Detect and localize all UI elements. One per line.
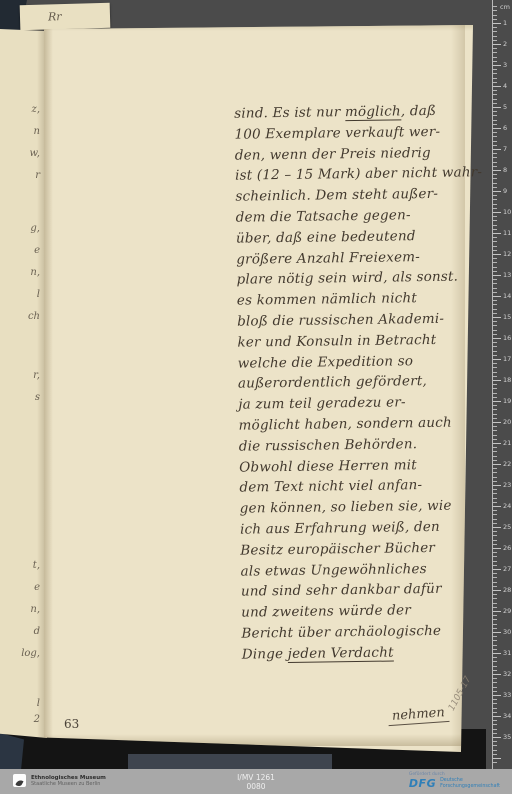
ruler-tick bbox=[493, 27, 497, 28]
ruler-tick bbox=[493, 447, 497, 448]
ruler-tick bbox=[493, 330, 497, 331]
ruler-tick bbox=[493, 325, 497, 326]
left-page-line-fragment: r bbox=[0, 170, 43, 181]
ruler-tick bbox=[493, 241, 497, 242]
ruler-tick bbox=[493, 603, 497, 604]
ruler-tick bbox=[493, 430, 497, 431]
ruler-tick bbox=[493, 527, 501, 528]
ruler-tick bbox=[493, 69, 497, 70]
ruler-tick bbox=[493, 674, 501, 675]
ruler-tick bbox=[493, 346, 497, 347]
scan-footer-bar: Ethnologisches Museum Staatliche Museen … bbox=[0, 769, 512, 794]
ruler-tick bbox=[493, 208, 497, 209]
left-page-line-fragment: r, bbox=[0, 370, 43, 381]
ruler-tick bbox=[493, 220, 497, 221]
ruler-tick bbox=[493, 401, 501, 402]
ruler-tick bbox=[493, 380, 501, 381]
cm-ruler: cm 1234567891011121314151617181920212223… bbox=[492, 0, 512, 769]
ruler-tick bbox=[493, 523, 497, 524]
ruler-tick bbox=[493, 552, 497, 553]
ruler-tick bbox=[493, 388, 497, 389]
ruler-tick bbox=[493, 384, 497, 385]
ruler-unit-label: cm bbox=[500, 3, 510, 11]
ruler-tick bbox=[493, 136, 497, 137]
ruler-tick bbox=[493, 586, 497, 587]
ruler-number: 20 bbox=[503, 419, 511, 426]
ruler-tick bbox=[493, 754, 497, 755]
ruler-tick bbox=[493, 397, 497, 398]
handwriting-text-block: sind. Es ist nur möglich, daß100 Exempla… bbox=[234, 100, 480, 665]
ruler-number: 35 bbox=[503, 734, 511, 741]
ruler-tick bbox=[493, 199, 497, 200]
ruler-tick bbox=[493, 321, 497, 322]
ruler-tick bbox=[493, 405, 497, 406]
ruler-tick bbox=[493, 65, 501, 66]
ruler-tick bbox=[493, 640, 497, 641]
ruler-number: 33 bbox=[503, 692, 511, 699]
ruler-tick bbox=[493, 376, 497, 377]
ruler-tick bbox=[493, 632, 501, 633]
ruler-tick bbox=[493, 128, 501, 129]
ruler-number: 14 bbox=[503, 293, 511, 300]
ruler-tick bbox=[493, 48, 497, 49]
ruler-number: 2 bbox=[503, 41, 507, 48]
ruler-tick bbox=[493, 317, 501, 318]
page-number: 63 bbox=[64, 717, 79, 731]
ruler-tick bbox=[493, 653, 501, 654]
page-behind-edge: Rr bbox=[20, 3, 111, 31]
ruler-tick bbox=[493, 624, 497, 625]
ruler-tick bbox=[493, 367, 497, 368]
ruler-tick bbox=[493, 216, 497, 217]
ruler-tick bbox=[493, 170, 501, 171]
ruler-tick bbox=[493, 661, 497, 662]
left-page-line-fragment: e bbox=[0, 582, 43, 593]
ruler-tick bbox=[493, 355, 497, 356]
ruler-tick bbox=[493, 426, 497, 427]
left-page-line-fragment: n, bbox=[0, 604, 43, 615]
ruler-tick bbox=[493, 485, 501, 486]
ruler-tick bbox=[493, 82, 497, 83]
ruler-tick bbox=[493, 582, 497, 583]
page-fold-shadow bbox=[44, 24, 53, 752]
ruler-tick bbox=[493, 422, 501, 423]
handwriting-line: möglicht haben, sondern auch bbox=[238, 412, 476, 436]
ruler-tick bbox=[493, 351, 497, 352]
left-page-line-fragment: g, bbox=[0, 223, 43, 234]
left-page-line-fragment: z, bbox=[0, 104, 43, 115]
ruler-tick bbox=[493, 23, 501, 24]
ruler-tick bbox=[493, 724, 497, 725]
ruler-tick bbox=[493, 556, 497, 557]
handwriting-line: bloß die russischen Akademi- bbox=[237, 308, 475, 332]
ruler-tick bbox=[493, 758, 501, 759]
left-page-line-fragment: e bbox=[0, 245, 43, 256]
ruler-tick bbox=[493, 162, 497, 163]
scanned-document-viewer: Rr z,nw,rg,en,lchr,st,en,dlog,l2 sind. E… bbox=[0, 0, 512, 794]
ruler-tick bbox=[493, 296, 501, 297]
ruler-tick bbox=[493, 19, 497, 20]
ruler-number: 30 bbox=[503, 629, 511, 636]
ruler-number: 31 bbox=[503, 650, 511, 657]
ruler-tick bbox=[493, 716, 501, 717]
ruler-tick bbox=[493, 687, 497, 688]
ruler-tick bbox=[493, 577, 497, 578]
ruler-tick bbox=[493, 565, 497, 566]
ruler-tick bbox=[493, 300, 497, 301]
ruler-tick bbox=[493, 468, 497, 469]
ruler-tick bbox=[493, 90, 497, 91]
ruler-tick bbox=[493, 733, 497, 734]
ruler-number: 7 bbox=[503, 146, 507, 153]
ruler-tick bbox=[493, 359, 501, 360]
ruler-tick bbox=[493, 645, 497, 646]
ruler-tick bbox=[493, 229, 497, 230]
ruler-number: 34 bbox=[503, 713, 511, 720]
ruler-tick bbox=[493, 741, 497, 742]
ruler-tick bbox=[493, 498, 497, 499]
ruler-tick bbox=[493, 699, 497, 700]
ruler-tick bbox=[493, 506, 501, 507]
ruler-tick bbox=[493, 250, 497, 251]
ruler-tick bbox=[493, 288, 497, 289]
ruler-number: 17 bbox=[503, 356, 511, 363]
ruler-number: 23 bbox=[503, 482, 511, 489]
handwriting-line: plare nötig sein wird, als sonst. bbox=[236, 267, 474, 291]
ruler-tick bbox=[493, 636, 497, 637]
ruler-tick bbox=[493, 86, 501, 87]
handwriting-line: Dinge jeden Verdacht bbox=[242, 641, 480, 665]
ruler-tick bbox=[493, 502, 497, 503]
ruler-tick bbox=[493, 57, 497, 58]
left-page-line-fragment: w, bbox=[0, 148, 43, 159]
ruler-number: 18 bbox=[503, 377, 511, 384]
ruler-tick bbox=[493, 649, 497, 650]
ruler-tick bbox=[493, 15, 497, 16]
ruler-tick bbox=[493, 451, 497, 452]
ruler-tick bbox=[493, 477, 497, 478]
dfg-org-line2: Forschungsgemeinschaft bbox=[440, 784, 500, 790]
left-page-line-fragment: s bbox=[0, 392, 43, 403]
ruler-tick bbox=[493, 107, 501, 108]
ruler-tick bbox=[493, 678, 497, 679]
ruler-tick bbox=[493, 372, 497, 373]
left-page-line-fragment: n bbox=[0, 126, 43, 137]
ruler-tick bbox=[493, 258, 497, 259]
left-page-line-fragment: log, bbox=[0, 648, 43, 659]
handwriting-line: gen können, so lieben sie, wie bbox=[240, 495, 478, 519]
ruler-tick bbox=[493, 309, 497, 310]
ruler-tick bbox=[493, 279, 497, 280]
ruler-tick bbox=[493, 510, 497, 511]
ruler-number: 16 bbox=[503, 335, 511, 342]
ruler-number: 21 bbox=[503, 440, 511, 447]
ruler-tick bbox=[493, 275, 501, 276]
ruler-tick bbox=[493, 762, 497, 763]
ruler-tick bbox=[493, 569, 501, 570]
ruler-number: 27 bbox=[503, 566, 511, 573]
ruler-tick bbox=[493, 443, 501, 444]
ruler-tick bbox=[493, 481, 497, 482]
ruler-tick bbox=[493, 435, 497, 436]
ruler-tick bbox=[493, 99, 497, 100]
ruler-tick bbox=[493, 120, 497, 121]
ruler-tick bbox=[493, 611, 501, 612]
left-page-line-fragment: 2 bbox=[0, 714, 43, 725]
ruler-tick bbox=[493, 178, 497, 179]
ruler-tick bbox=[493, 191, 501, 192]
ruler-tick bbox=[493, 212, 501, 213]
ruler-tick bbox=[493, 61, 497, 62]
ruler-tick bbox=[493, 183, 497, 184]
left-page-line-fragment: t, bbox=[0, 560, 43, 571]
ruler-tick bbox=[493, 519, 497, 520]
ruler-tick bbox=[493, 78, 497, 79]
handwriting-line: 100 Exemplare verkauft wer- bbox=[234, 121, 472, 145]
ruler-tick bbox=[493, 607, 497, 608]
ruler-tick bbox=[493, 338, 501, 339]
ruler-tick bbox=[493, 573, 497, 574]
ruler-tick bbox=[493, 695, 501, 696]
ruler-tick bbox=[493, 262, 497, 263]
ruler-tick bbox=[493, 514, 497, 515]
ruler-tick bbox=[493, 439, 497, 440]
ruler-tick bbox=[493, 548, 501, 549]
left-page-line-fragment: l bbox=[0, 289, 43, 300]
left-page-line-fragment: l bbox=[0, 698, 43, 709]
ruler-tick bbox=[493, 254, 501, 255]
left-page-line-fragment: d bbox=[0, 626, 43, 637]
ruler-tick bbox=[493, 313, 497, 314]
ruler-tick bbox=[493, 271, 497, 272]
ruler-tick bbox=[493, 187, 497, 188]
ruler-tick bbox=[493, 40, 497, 41]
ruler-tick bbox=[493, 334, 497, 335]
ruler-tick bbox=[493, 720, 497, 721]
ruler-tick bbox=[493, 670, 497, 671]
ruler-tick bbox=[493, 750, 497, 751]
ruler-tick bbox=[493, 493, 497, 494]
ruler-tick bbox=[493, 145, 497, 146]
ruler-tick bbox=[493, 590, 501, 591]
ruler-tick bbox=[493, 615, 497, 616]
ruler-tick bbox=[493, 460, 497, 461]
ruler-tick bbox=[493, 246, 497, 247]
ruler-tick bbox=[493, 52, 497, 53]
ruler-tick bbox=[493, 195, 497, 196]
ruler-tick bbox=[493, 414, 497, 415]
ruler-number: 15 bbox=[503, 314, 511, 321]
ruler-tick bbox=[493, 149, 501, 150]
ruler-number: 11 bbox=[503, 230, 511, 237]
ruler-tick bbox=[493, 682, 497, 683]
ruler-tick bbox=[493, 708, 497, 709]
ruler-number: 26 bbox=[503, 545, 511, 552]
ruler-tick bbox=[493, 153, 497, 154]
ruler-number: 5 bbox=[503, 104, 507, 111]
ruler-tick bbox=[493, 342, 497, 343]
ruler-tick bbox=[493, 124, 497, 125]
ruler-tick bbox=[493, 619, 497, 620]
behind-page-writing-fragment: Rr bbox=[48, 10, 62, 23]
ruler-tick bbox=[493, 712, 497, 713]
ruler-number: 19 bbox=[503, 398, 511, 405]
ruler-number: 13 bbox=[503, 272, 511, 279]
ruler-number: 24 bbox=[503, 503, 511, 510]
ruler-number: 4 bbox=[503, 83, 507, 90]
ruler-tick bbox=[493, 745, 497, 746]
ruler-tick bbox=[493, 233, 501, 234]
ruler-number: 29 bbox=[503, 608, 511, 615]
ruler-tick bbox=[493, 31, 497, 32]
ruler-tick bbox=[493, 166, 497, 167]
dfg-logo: DFG bbox=[409, 778, 436, 789]
ruler-tick bbox=[493, 594, 497, 595]
ruler-number: 1 bbox=[503, 20, 507, 27]
ruler-tick bbox=[493, 544, 497, 545]
ruler-tick bbox=[493, 73, 497, 74]
ruler-tick bbox=[493, 691, 497, 692]
ruler-number: 12 bbox=[503, 251, 511, 258]
ruler-number: 8 bbox=[503, 167, 507, 174]
ruler-number: 10 bbox=[503, 209, 511, 216]
ruler-number: 32 bbox=[503, 671, 511, 678]
ruler-tick bbox=[493, 703, 497, 704]
ruler-number: 22 bbox=[503, 461, 511, 468]
ruler-tick bbox=[493, 6, 497, 7]
ruler-tick bbox=[493, 237, 497, 238]
ruler-tick bbox=[493, 418, 497, 419]
ruler-tick bbox=[493, 10, 497, 11]
ruler-tick bbox=[493, 628, 497, 629]
ruler-tick bbox=[493, 666, 497, 667]
ruler-tick bbox=[493, 456, 497, 457]
ruler-tick bbox=[493, 540, 497, 541]
ruler-number: 25 bbox=[503, 524, 511, 531]
ruler-tick bbox=[493, 657, 497, 658]
ruler-tick bbox=[493, 44, 501, 45]
ruler-number: 28 bbox=[503, 587, 511, 594]
ruler-tick bbox=[493, 292, 497, 293]
ruler-tick bbox=[493, 283, 497, 284]
ruler-tick bbox=[493, 304, 497, 305]
ruler-tick bbox=[493, 729, 497, 730]
ruler-tick bbox=[493, 204, 497, 205]
ruler-number: 3 bbox=[503, 62, 507, 69]
ruler-tick bbox=[493, 103, 497, 104]
ruler-tick bbox=[493, 94, 497, 95]
ruler-tick bbox=[493, 36, 497, 37]
ruler-tick bbox=[493, 267, 497, 268]
ruler-tick bbox=[493, 132, 497, 133]
ruler-tick bbox=[493, 598, 497, 599]
ruler-tick bbox=[493, 115, 497, 116]
ruler-number: 9 bbox=[503, 188, 507, 195]
dfg-branding: Gefördert durch DFG Deutsche Forschungsg… bbox=[409, 772, 500, 789]
ruler-tick bbox=[493, 225, 497, 226]
ruler-tick bbox=[493, 535, 497, 536]
ruler-tick bbox=[493, 561, 497, 562]
left-page-line-fragment: ch bbox=[0, 311, 43, 322]
handwriting-line: scheinlich. Dem steht außer- bbox=[235, 184, 473, 208]
ruler-tick bbox=[493, 464, 501, 465]
ruler-tick bbox=[493, 489, 497, 490]
ruler-tick bbox=[493, 141, 497, 142]
ruler-tick bbox=[493, 472, 497, 473]
ruler-tick bbox=[493, 363, 497, 364]
ruler-tick bbox=[493, 174, 497, 175]
scan-tray-edge bbox=[128, 754, 332, 769]
left-page-line-fragment: n, bbox=[0, 267, 43, 278]
ruler-number: 6 bbox=[503, 125, 507, 132]
ruler-tick bbox=[493, 111, 497, 112]
ruler-tick bbox=[493, 531, 497, 532]
ruler-tick bbox=[493, 393, 497, 394]
ruler-tick bbox=[493, 409, 497, 410]
ruler-tick bbox=[493, 157, 497, 158]
ruler-tick bbox=[493, 737, 501, 738]
